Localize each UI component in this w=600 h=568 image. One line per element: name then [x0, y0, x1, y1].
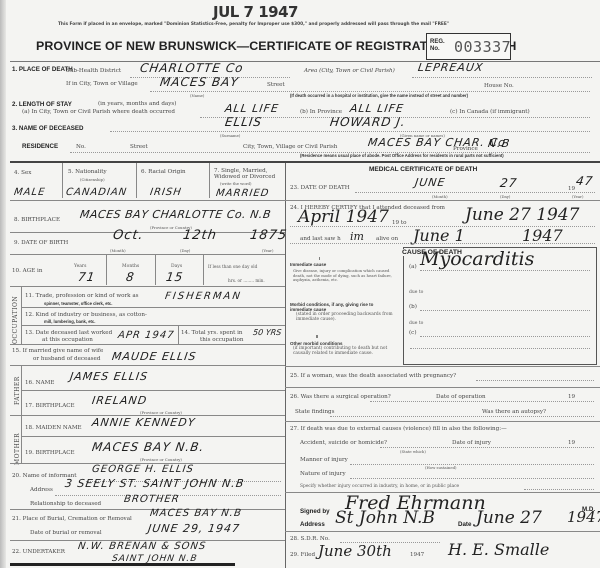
death-year: 47: [575, 174, 594, 188]
filed-date: June 30th: [318, 542, 392, 560]
dob-year: 1875: [249, 228, 288, 243]
registrar-signature: H. E. Smalle: [448, 540, 549, 559]
deceased-given-names: HOWARD J.: [329, 115, 407, 129]
stay-province-value: ALL LIFE: [349, 102, 405, 115]
dob-month: Oct.: [112, 228, 145, 243]
marital-status-value: MARRIED: [215, 188, 270, 199]
undertaker-name: N.W. BRENAN & SONS: [77, 541, 207, 552]
registration-number-box: REG. No. 003337: [426, 33, 511, 60]
sub-health-district-label: Sub-Health District: [66, 68, 121, 74]
nationality-value: CANADIAN: [65, 187, 128, 198]
total-years-value: 50 YRS: [252, 328, 282, 337]
burial-place: MACES BAY N.B: [149, 508, 242, 519]
received-date-stamp: JUL 7 1947: [213, 3, 298, 21]
father-name: JAMES ELLIS: [69, 370, 149, 383]
city-value: MACES BAY: [159, 75, 240, 89]
signature-date: June 27: [476, 508, 542, 528]
injury-location-note: Specify whether injury occurred in indus…: [300, 484, 459, 489]
spouse-name: MAUDE ELLIS: [111, 350, 197, 363]
attended-from: April 1947: [298, 207, 389, 227]
physician-address: St John N.B: [335, 508, 435, 528]
sex-value: MALE: [13, 187, 46, 198]
informant-name: GEORGE H. ELLIS: [91, 464, 194, 475]
informant-relationship: BROTHER: [123, 494, 180, 505]
residence-province-value: N.B: [487, 137, 511, 150]
mailing-notice: This Form if placed in an envelope, mark…: [58, 22, 449, 27]
residence-city-value: MACES BAY CHAR. Co: [367, 136, 507, 149]
informant-address: 3 SEELY ST. SAINT JOHN N.B: [64, 477, 245, 490]
mother-maiden-name: ANNIE KENNEDY: [91, 416, 196, 429]
hospital-note: (If death occurred in a hospital or inst…: [290, 93, 468, 98]
place-of-death-label: 1. PLACE OF DEATH: [12, 66, 44, 73]
age-months: 8: [125, 270, 136, 284]
age-years: 71: [77, 270, 96, 284]
sub-health-district-value: CHARLOTTE Co: [139, 61, 244, 75]
death-month: JUNE: [414, 176, 446, 189]
death-certificate: JUL 7 1947 This Form if placed in an env…: [0, 0, 600, 568]
stay-city-value: ALL LIFE: [224, 102, 280, 115]
deceased-surname: ELLIS: [224, 115, 263, 129]
birthplace-value: MACES BAY CHARLOTTE Co. N.B: [79, 208, 272, 221]
dob-day: 12th: [182, 228, 218, 243]
immediate-cause-value: Myocarditis: [420, 248, 534, 270]
occupation-side-label: OCCUPATION: [12, 296, 19, 344]
burial-date: JUNE 29, 1947: [147, 522, 241, 535]
last-worked-value: APR 1947: [117, 330, 175, 341]
medical-certificate-title: MEDICAL CERTIFICATE OF DEATH: [369, 166, 477, 173]
city-label: If in City, Town or Village: [66, 81, 138, 87]
signature-year: 1947: [567, 508, 600, 526]
trade-value: FISHERMAN: [164, 291, 242, 302]
age-days: 15: [165, 270, 184, 284]
last-saw-pronoun: im: [350, 230, 364, 243]
mother-birthplace: MACES BAY N.B.: [91, 440, 205, 454]
death-day: 27: [499, 176, 518, 190]
area-label: Area (City, Town or Civil Parish): [304, 68, 395, 74]
area-value: LEPREAUX: [417, 61, 484, 74]
attended-to: June 27 1947: [465, 205, 579, 225]
reg-label: REG. No.: [430, 39, 445, 53]
father-birthplace: IRELAND: [91, 394, 148, 407]
racial-origin-value: IRISH: [149, 187, 182, 198]
reg-number: 003337: [454, 38, 511, 56]
scan-edge: [0, 0, 6, 568]
